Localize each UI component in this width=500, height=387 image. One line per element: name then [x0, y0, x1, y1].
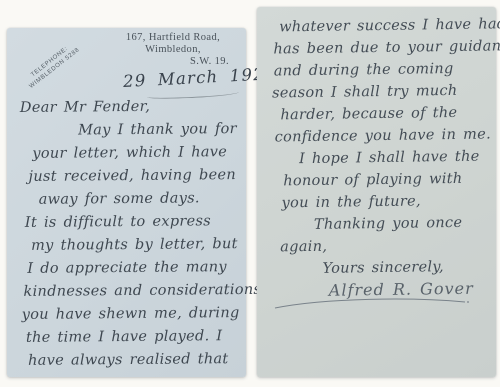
letter-body-page-two: whatever success I have had, has been du…	[267, 13, 495, 302]
closing-valediction: Yours sincerely,	[322, 255, 494, 279]
letter-line: you in the future,	[281, 189, 493, 214]
letter-line: you have shewn me, during	[22, 302, 244, 327]
letter-line: your letter, which I have	[32, 141, 242, 166]
letter-page-one: TELEPHONE: WIMBLEDON 5288 167, Hartfield…	[7, 28, 246, 377]
letter-date: 29 March 1922	[123, 64, 277, 91]
letter-line: Thanking you once	[314, 211, 494, 236]
letter-line: I do appreciate the many	[27, 256, 243, 281]
letter-line: just received, having been	[28, 164, 242, 189]
letter-line: whatever success I have had,	[279, 13, 491, 38]
letterhead-street: 167, Hartfield Road,	[103, 32, 243, 44]
letter-line: the time I have played. I	[26, 325, 244, 350]
letter-line: and during the coming	[274, 57, 492, 82]
salutation: Dear Mr Fender,	[20, 95, 242, 120]
letter-line: have always realised that	[28, 348, 244, 373]
letter-line: has been due to your guidance	[273, 35, 491, 60]
telephone-stamp: TELEPHONE: WIMBLEDON 5288	[23, 40, 82, 91]
letter-line: harder, because of the	[280, 101, 492, 126]
letter-line: confidence you have in me.	[275, 123, 493, 148]
letter-line: May I thank you for	[78, 118, 242, 142]
letterhead-town: Wimbledon,	[103, 44, 243, 56]
letter-line: again,	[280, 233, 494, 258]
letter-line: kindnesses and considerations	[23, 279, 243, 304]
letter-line: away for some days.	[39, 187, 243, 212]
letter-scan: { "colors": { "background": "#faf9f5", "…	[0, 0, 500, 387]
letter-body-page-one: Dear Mr Fender, May I thank you for your…	[16, 95, 244, 373]
letter-line: season I shall try much	[272, 79, 492, 104]
letter-line: It is difficult to express	[25, 210, 243, 235]
letter-line: my thoughts by letter, but	[31, 233, 243, 258]
letter-page-two: whatever success I have had, has been du…	[257, 7, 496, 377]
signature-flourish	[271, 295, 476, 313]
letter-line: I hope I shall have the	[299, 145, 493, 170]
letter-line: honour of playing with	[283, 167, 493, 192]
letterhead-address: 167, Hartfield Road, Wimbledon, S.W. 19.	[103, 32, 243, 68]
